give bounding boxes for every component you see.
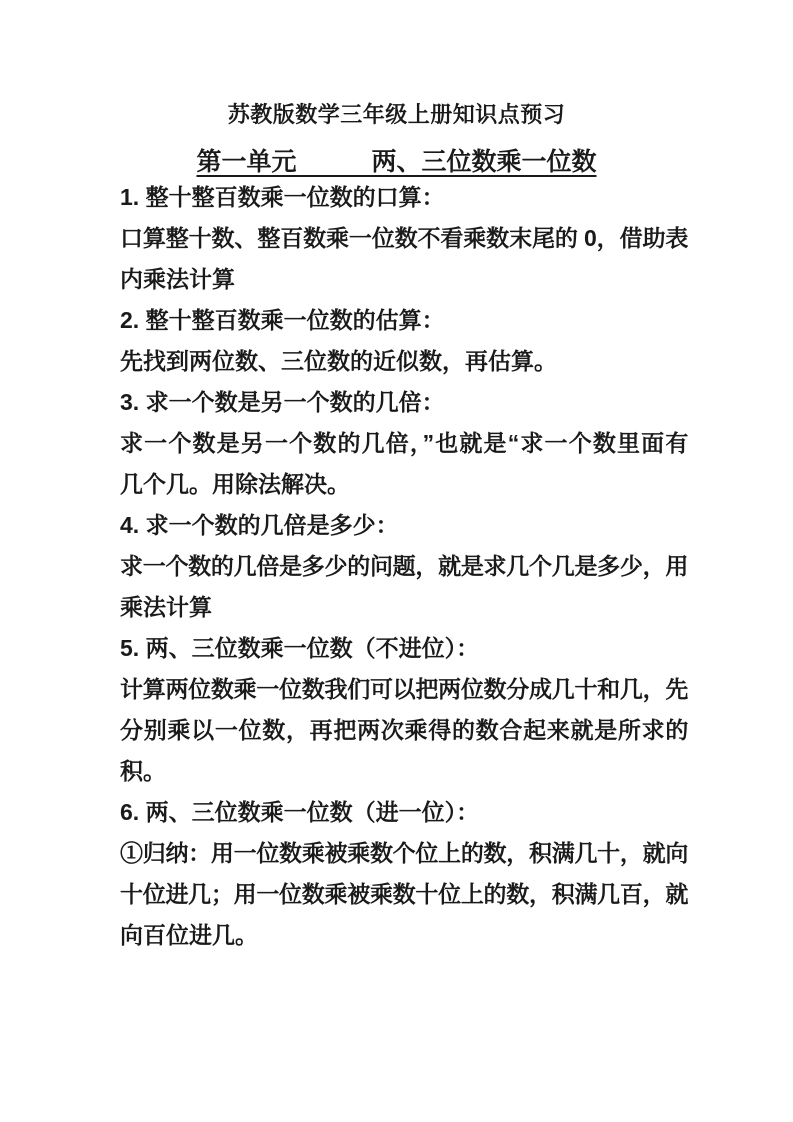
doc-line-14: 分别乘以一位数，再把两次乘得的数合起来就是所求的 bbox=[120, 710, 688, 751]
doc-line-5: 先找到两位数、三位数的近似数，再估算。 bbox=[120, 341, 688, 382]
document-page: 苏教版数学三年级上册知识点预习 第一单元 两、三位数乘一位数 1. 整十整百数乘… bbox=[0, 0, 793, 1122]
doc-line-11: 乘法计算 bbox=[120, 587, 688, 628]
doc-line-19: 向百位进几。 bbox=[120, 915, 688, 956]
doc-line-9: 4. 求一个数的几倍是多少： bbox=[120, 505, 688, 546]
unit-heading-text: 第一单元 两、三位数乘一位数 bbox=[196, 148, 596, 176]
doc-line-8: 几个几。用除法解决。 bbox=[120, 464, 688, 505]
doc-line-7: 求一个数是另一个数的几倍，”也就是“求一个数里面有 bbox=[120, 423, 688, 464]
unit-heading: 第一单元 两、三位数乘一位数 bbox=[0, 146, 793, 179]
doc-line-3: 内乘法计算 bbox=[120, 259, 688, 300]
document-body: 1. 整十整百数乘一位数的口算： 口算整十数、整百数乘一位数不看乘数末尾的 0，… bbox=[120, 177, 688, 956]
doc-line-18: 十位进几；用一位数乘被乘数十位上的数，积满几百，就 bbox=[120, 874, 688, 915]
doc-line-4: 2. 整十整百数乘一位数的估算： bbox=[120, 300, 688, 341]
doc-line-6: 3. 求一个数是另一个数的几倍： bbox=[120, 382, 688, 423]
doc-line-17: ①归纳：用一位数乘被乘数个位上的数，积满几十，就向 bbox=[120, 833, 688, 874]
doc-line-16: 6. 两、三位数乘一位数（进一位）： bbox=[120, 792, 688, 833]
doc-line-12: 5. 两、三位数乘一位数（不进位）： bbox=[120, 628, 688, 669]
doc-line-10: 求一个数的几倍是多少的问题，就是求几个几是多少，用 bbox=[120, 546, 688, 587]
doc-line-2: 口算整十数、整百数乘一位数不看乘数末尾的 0，借助表 bbox=[120, 218, 688, 259]
doc-line-15: 积。 bbox=[120, 751, 688, 792]
doc-line-13: 计算两位数乘一位数我们可以把两位数分成几十和几，先 bbox=[120, 669, 688, 710]
document-title: 苏教版数学三年级上册知识点预习 bbox=[0, 101, 793, 129]
doc-line-1: 1. 整十整百数乘一位数的口算： bbox=[120, 177, 688, 218]
